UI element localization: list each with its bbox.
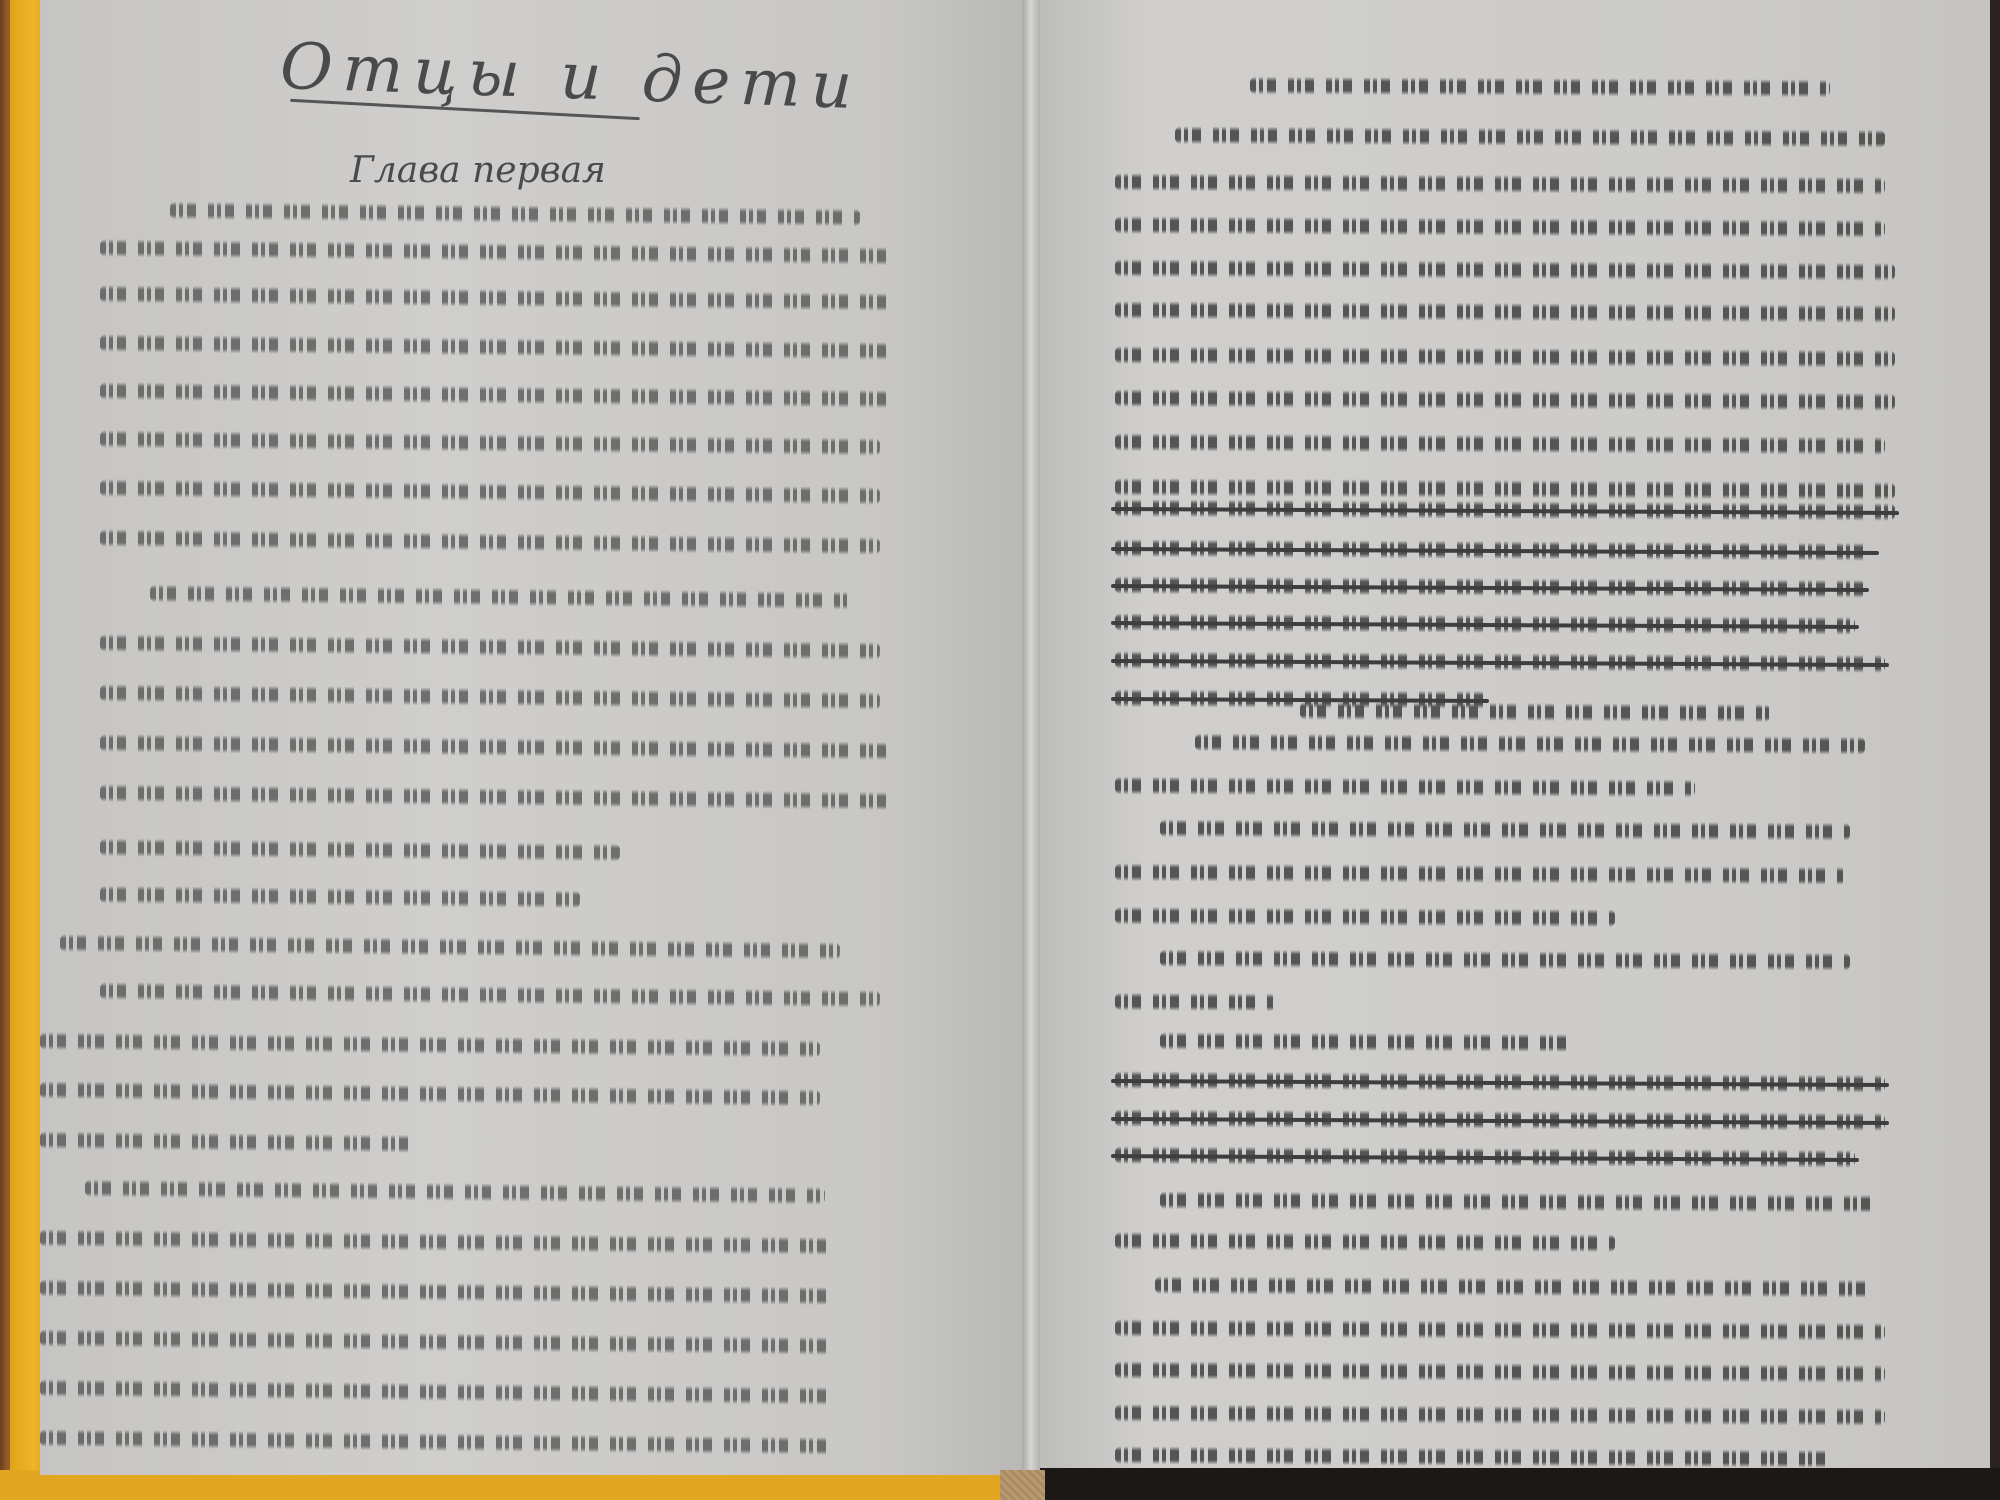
ink-stroke — [1115, 389, 1895, 411]
ink-stroke — [1115, 1319, 1885, 1341]
ink-stroke — [40, 1379, 830, 1405]
ink-stroke — [100, 334, 890, 360]
handwritten-line — [1195, 723, 1865, 761]
ink-stroke — [1115, 863, 1845, 885]
ink-stroke — [1115, 216, 1885, 238]
ink-stroke — [1115, 907, 1615, 928]
handwritten-line — [100, 828, 620, 867]
handwritten-line — [1160, 939, 1850, 977]
ink-stroke — [100, 430, 880, 456]
handwritten-line — [1160, 809, 1850, 847]
ink-stroke — [100, 382, 890, 408]
ink-stroke — [1115, 346, 1895, 368]
ink-stroke — [1195, 733, 1865, 755]
ink-stroke — [100, 982, 880, 1008]
ink-stroke — [1115, 433, 1885, 455]
handwritten-line — [1160, 1022, 1570, 1058]
background-shadow-bottom — [1040, 1468, 2000, 1500]
handwritten-line — [1160, 1181, 1880, 1219]
ink-stroke — [1115, 173, 1885, 195]
handwritten-line — [1115, 983, 1275, 1018]
struck-through-handwritten-line — [1115, 603, 1855, 641]
ink-stroke — [100, 285, 890, 311]
ink-stroke — [1160, 1191, 1880, 1213]
ink-stroke — [100, 529, 880, 555]
ink-stroke — [1115, 1446, 1835, 1468]
handwritten-line — [1115, 897, 1615, 934]
struck-through-handwritten-line — [1115, 566, 1865, 604]
ink-stroke — [40, 1131, 420, 1153]
ink-stroke — [1160, 819, 1850, 841]
struck-through-handwritten-line — [1115, 641, 1885, 679]
handwritten-line — [1250, 66, 1830, 103]
book-gutter — [1022, 0, 1040, 1475]
ink-stroke — [100, 734, 890, 760]
ink-stroke — [40, 1429, 830, 1455]
handwritten-line — [1115, 1351, 1885, 1389]
ink-stroke — [150, 584, 850, 609]
ink-stroke — [100, 479, 880, 505]
handwritten-line — [1115, 1309, 1885, 1347]
struck-through-handwritten-line — [1115, 1061, 1885, 1099]
handwritten-line — [1115, 1436, 1835, 1474]
ink-stroke — [1115, 993, 1275, 1012]
ink-stroke — [1160, 949, 1850, 971]
struck-through-handwritten-line — [1115, 1099, 1885, 1137]
handwritten-line — [170, 191, 860, 232]
handwritten-line — [1115, 249, 1895, 287]
ink-stroke — [40, 1279, 830, 1305]
ink-stroke — [100, 784, 890, 810]
ink-stroke — [1175, 126, 1885, 148]
ink-stroke — [1115, 259, 1895, 281]
ink-stroke — [1250, 76, 1830, 97]
ink-stroke — [100, 634, 880, 660]
handwritten-line — [1115, 379, 1895, 417]
handwritten-line — [1115, 163, 1885, 201]
handwritten-line — [1115, 1222, 1615, 1259]
ink-stroke — [1115, 1361, 1885, 1383]
ink-stroke — [40, 1229, 830, 1255]
ink-stroke — [1160, 1032, 1570, 1052]
handwritten-line — [100, 875, 580, 914]
handwritten-line — [1115, 423, 1885, 461]
handwritten-line — [1175, 116, 1885, 154]
handwritten-line — [1300, 692, 1770, 728]
struck-through-handwritten-line — [1115, 529, 1875, 567]
ink-stroke — [1115, 776, 1695, 797]
handwritten-line — [40, 1121, 420, 1159]
ink-stroke — [85, 1179, 825, 1205]
ink-stroke — [40, 1329, 830, 1355]
struck-through-handwritten-line — [1115, 489, 1895, 527]
ink-stroke — [100, 838, 620, 861]
handwritten-line — [1115, 1394, 1885, 1432]
chapter-heading: Глава первая — [350, 150, 606, 191]
ink-stroke — [1115, 1232, 1615, 1253]
handwritten-line — [1115, 206, 1885, 244]
ink-stroke — [170, 201, 860, 226]
handwritten-line — [1155, 1266, 1875, 1304]
ink-stroke — [1115, 1404, 1885, 1426]
ink-stroke — [100, 239, 890, 265]
ink-stroke — [60, 934, 840, 960]
ink-stroke — [1115, 301, 1895, 323]
handwritten-line — [1115, 766, 1695, 803]
handwritten-line — [1115, 291, 1895, 329]
handwritten-line — [1115, 336, 1895, 374]
ink-stroke — [100, 684, 880, 710]
ink-stroke — [40, 1081, 820, 1107]
struck-through-handwritten-line — [1115, 1136, 1855, 1174]
ink-stroke — [100, 885, 580, 908]
spine-cloth — [1000, 1470, 1045, 1500]
ink-stroke — [40, 1032, 820, 1058]
handwritten-line — [1115, 853, 1845, 891]
ink-stroke — [1155, 1276, 1875, 1298]
ink-stroke — [1300, 702, 1770, 722]
